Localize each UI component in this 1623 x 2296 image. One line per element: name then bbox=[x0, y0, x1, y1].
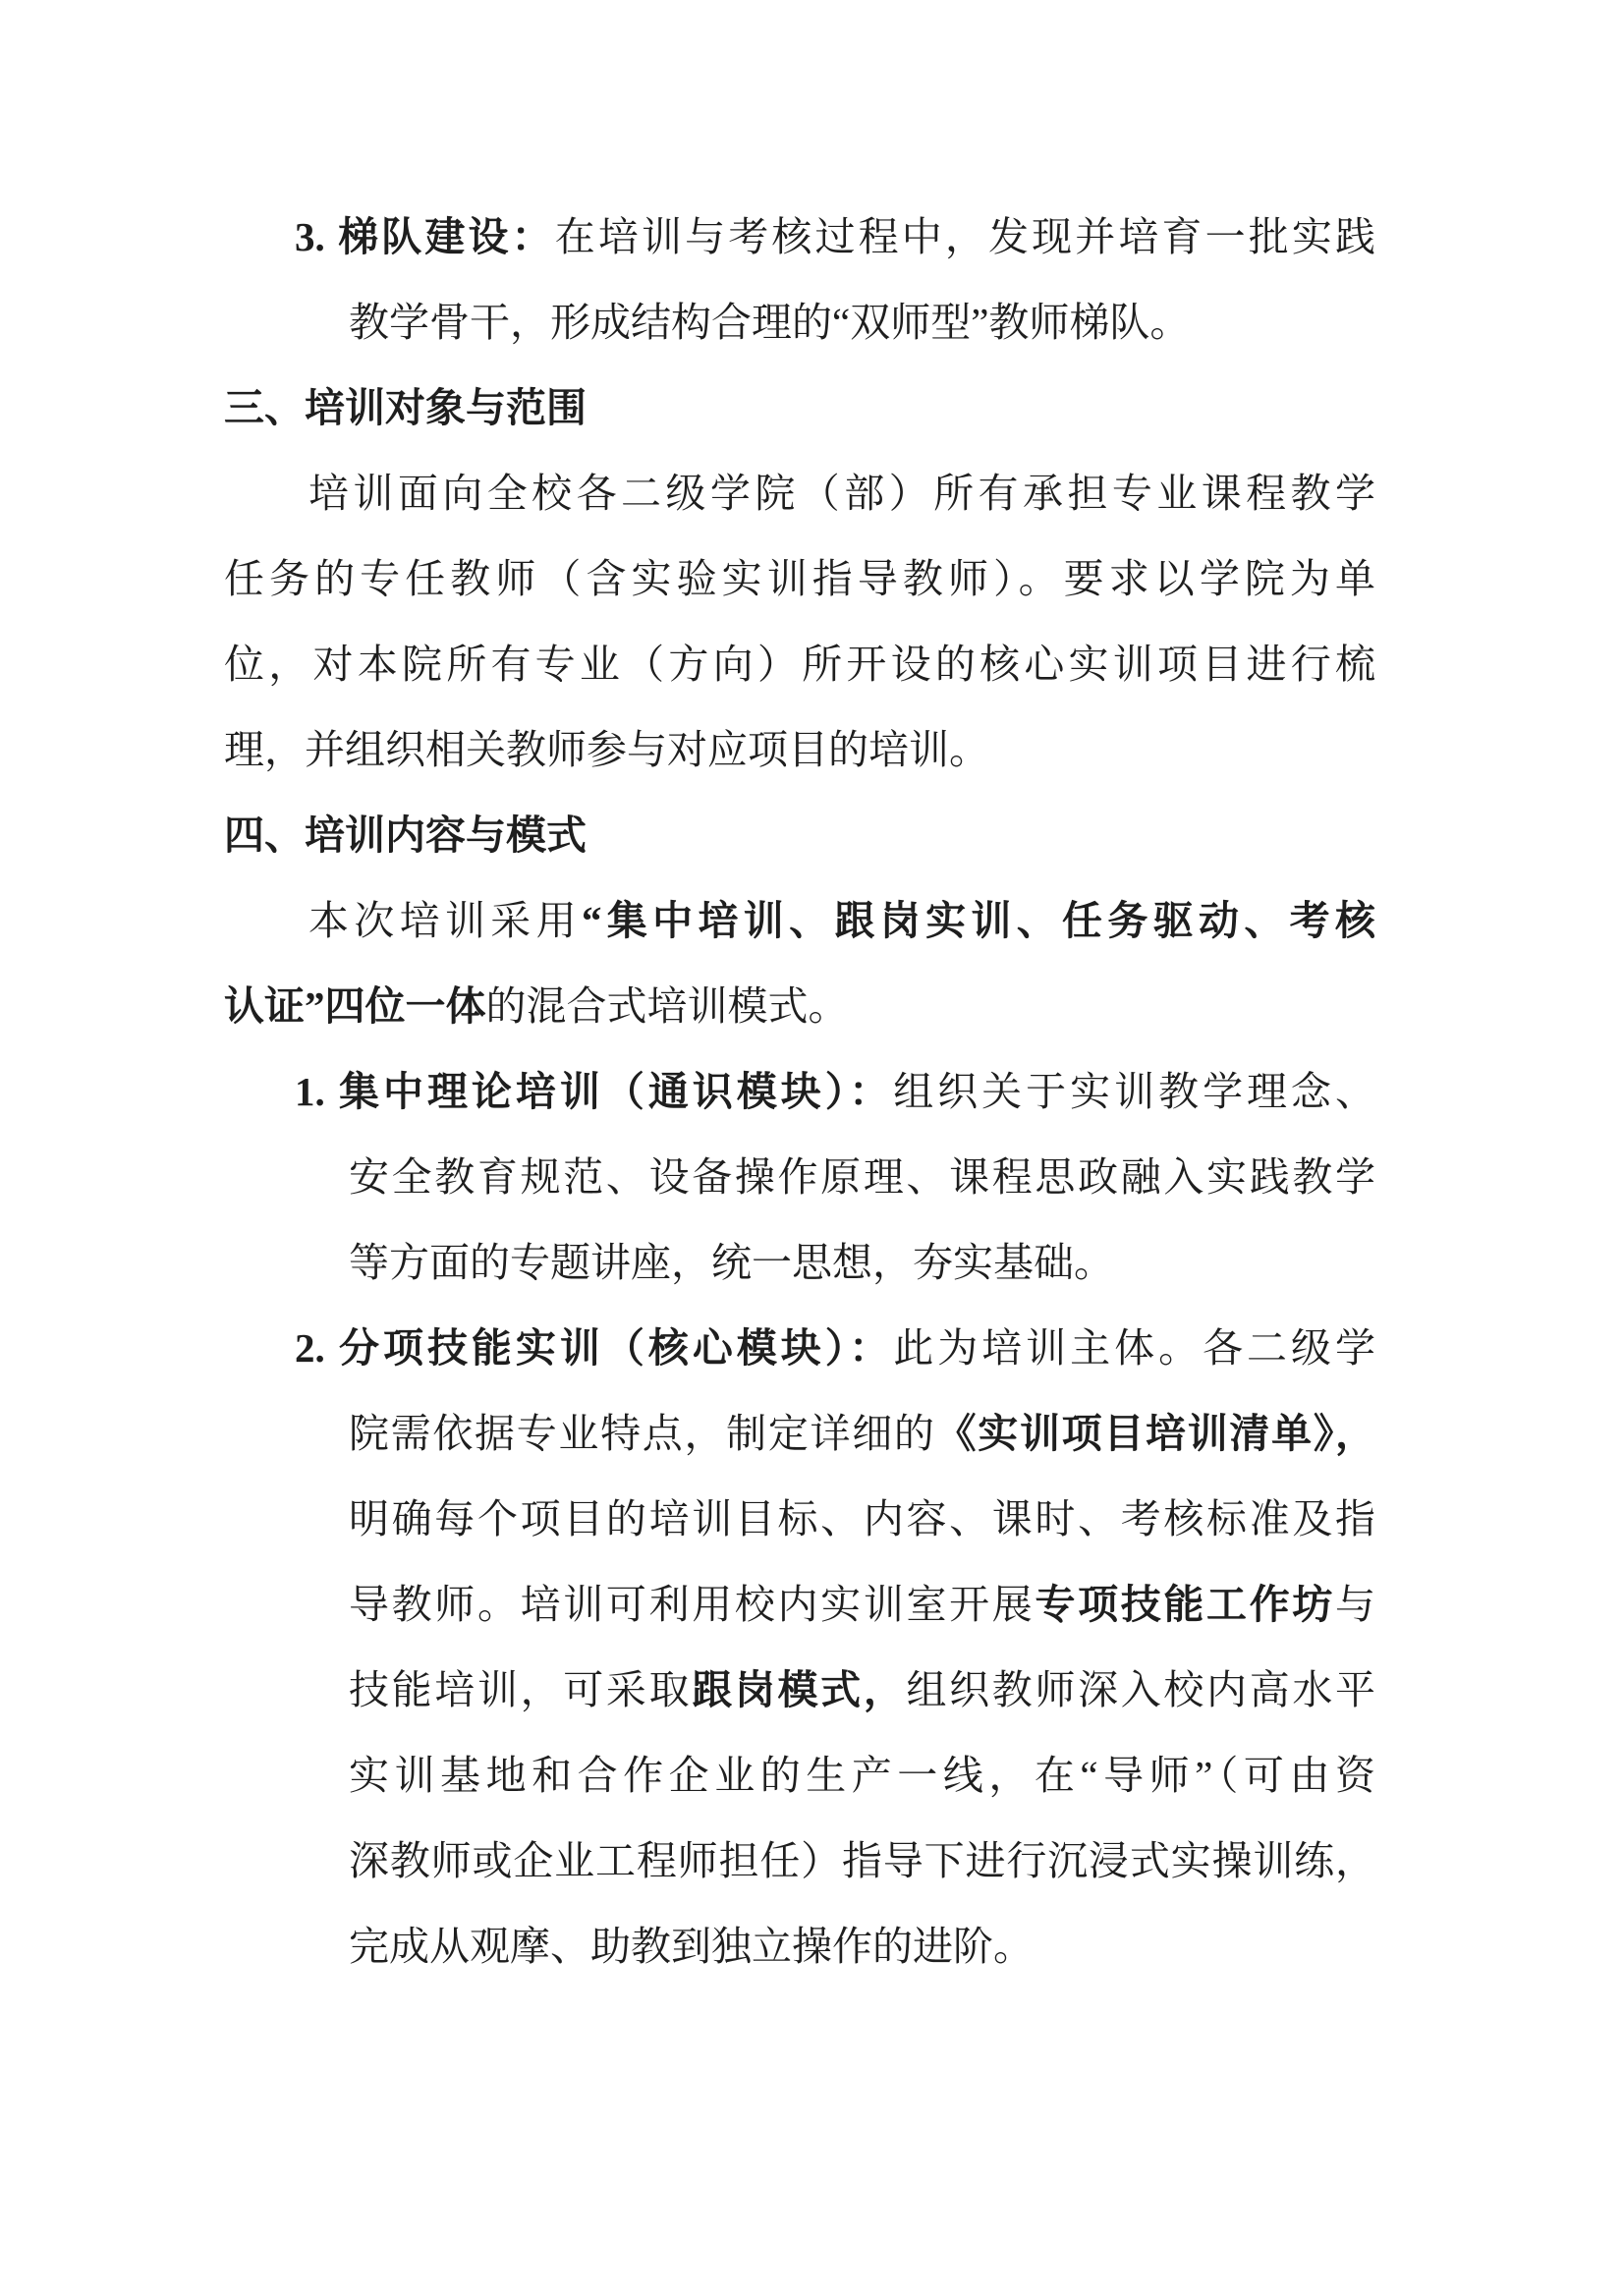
text-line: 深教师或企业工程师担任）指导下进行沉浸式实操训练， bbox=[224, 1819, 1375, 1904]
text-segment: 技能培训，可采取 bbox=[349, 1667, 692, 1712]
text-line: 等方面的专题讲座，统一思想，夯实基础。 bbox=[224, 1220, 1375, 1306]
text-line: 教学骨干，形成结构合理的“双师型”教师梯队。 bbox=[224, 280, 1375, 365]
text-segment: 教学骨干，形成结构合理的“双师型”教师梯队。 bbox=[349, 300, 1190, 345]
text-line: 三、培训对象与范围 bbox=[224, 365, 1375, 451]
text-segment: 组织关于实训教学理念、 bbox=[893, 1069, 1375, 1114]
text-segment: 深教师或企业工程师担任）指导下进行沉浸式实操训练， bbox=[349, 1838, 1375, 1883]
bold-text-segment: 三、培训对象与范围 bbox=[224, 385, 587, 430]
text-segment: 实训基地和合作企业的生产一线，在“导师”（可由资 bbox=[349, 1753, 1375, 1798]
text-line: 培训面向全校各二级学院（部）所有承担专业课程教学 bbox=[224, 451, 1375, 536]
text-line: 实训基地和合作企业的生产一线，在“导师”（可由资 bbox=[224, 1733, 1375, 1819]
text-segment: 等方面的专题讲座，统一思想，夯实基础。 bbox=[349, 1240, 1114, 1285]
bold-text-segment: 《实训项目培训清单》， bbox=[936, 1411, 1375, 1456]
text-segment: 位，对本院所有专业（方向）所开设的核心实训项目进行梳 bbox=[224, 642, 1375, 687]
text-line: 理，并组织相关教师参与对应项目的培训。 bbox=[224, 707, 1375, 793]
text-segment: 的混合式培训模式。 bbox=[486, 983, 849, 1029]
text-line: 3. 梯队建设：在培训与考核过程中，发现并培育一批实践 bbox=[224, 195, 1375, 280]
bold-text-segment: 认证”四位一体 bbox=[224, 983, 486, 1029]
bold-text-segment: 分项技能实训（核心模块）： bbox=[339, 1325, 893, 1371]
text-segment: 与 bbox=[1335, 1582, 1375, 1627]
text-segment: 本次培训采用 bbox=[308, 898, 582, 943]
text-segment: 导教师。培训可利用校内实训室开展 bbox=[349, 1582, 1035, 1627]
text-line: 四、培训内容与模式 bbox=[224, 793, 1375, 878]
text-line: 2. 分项技能实训（核心模块）：此为培训主体。各二级学 bbox=[224, 1306, 1375, 1391]
text-line: 任务的专任教师（含实验实训指导教师）。要求以学院为单 bbox=[224, 536, 1375, 622]
bold-text-segment: 2. bbox=[295, 1325, 339, 1371]
bold-text-segment: 集中理论培训（通识模块）： bbox=[339, 1069, 893, 1114]
text-line: 认证”四位一体的混合式培训模式。 bbox=[224, 964, 1375, 1049]
bold-text-segment: “集中培训、跟岗实训、任务驱动、考核 bbox=[582, 898, 1375, 943]
text-line: 安全教育规范、设备操作原理、课程思政融入实践教学 bbox=[224, 1135, 1375, 1220]
text-line: 本次培训采用“集中培训、跟岗实训、任务驱动、考核 bbox=[224, 878, 1375, 964]
text-segment: 组织教师深入校内高水平 bbox=[906, 1667, 1375, 1712]
text-segment: 明确每个项目的培训目标、内容、课时、考核标准及指 bbox=[349, 1496, 1375, 1541]
text-segment: 完成从观摩、助教到独立操作的进阶。 bbox=[349, 1924, 1034, 1969]
bold-text-segment: 跟岗模式， bbox=[692, 1667, 906, 1712]
text-line: 院需依据专业特点，制定详细的《实训项目培训清单》， bbox=[224, 1391, 1375, 1477]
text-line: 位，对本院所有专业（方向）所开设的核心实训项目进行梳 bbox=[224, 622, 1375, 707]
text-segment: 安全教育规范、设备操作原理、课程思政融入实践教学 bbox=[349, 1154, 1375, 1200]
text-segment: 培训面向全校各二级学院（部）所有承担专业课程教学 bbox=[308, 471, 1375, 516]
text-segment: 院需依据专业特点，制定详细的 bbox=[349, 1411, 936, 1456]
bold-text-segment: 3. bbox=[295, 214, 338, 259]
document-page: 3. 梯队建设：在培训与考核过程中，发现并培育一批实践教学骨干，形成结构合理的“… bbox=[0, 0, 1623, 2296]
text-segment: 理，并组织相关教师参与对应项目的培训。 bbox=[224, 727, 989, 772]
text-line: 技能培训，可采取跟岗模式，组织教师深入校内高水平 bbox=[224, 1648, 1375, 1733]
text-block: 3. 梯队建设：在培训与考核过程中，发现并培育一批实践教学骨干，形成结构合理的“… bbox=[224, 195, 1375, 1989]
text-segment: 任务的专任教师（含实验实训指导教师）。要求以学院为单 bbox=[224, 556, 1375, 601]
text-line: 1. 集中理论培训（通识模块）：组织关于实训教学理念、 bbox=[224, 1049, 1375, 1135]
text-segment: 在培训与考核过程中，发现并培育一批实践 bbox=[555, 214, 1375, 259]
bold-text-segment: 专项技能工作坊 bbox=[1035, 1582, 1335, 1627]
bold-text-segment: 梯队建设： bbox=[338, 214, 555, 259]
text-line: 明确每个项目的培训目标、内容、课时、考核标准及指 bbox=[224, 1477, 1375, 1562]
text-segment: 此为培训主体。各二级学 bbox=[893, 1325, 1375, 1371]
bold-text-segment: 四、培训内容与模式 bbox=[224, 812, 587, 858]
text-line: 完成从观摩、助教到独立操作的进阶。 bbox=[224, 1904, 1375, 1989]
bold-text-segment: 1. bbox=[295, 1069, 339, 1114]
text-line: 导教师。培训可利用校内实训室开展专项技能工作坊与 bbox=[224, 1562, 1375, 1648]
